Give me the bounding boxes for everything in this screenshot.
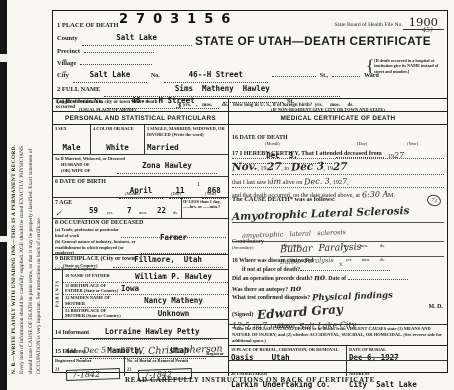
signed-row: (Signed) Edward Gray M. D. — [229, 302, 447, 314]
undertaker-address-cell: ADDRESS City Salt Lake — [347, 361, 447, 376]
burial-date-cell: DATE OF BURIAL Dec 6, 1927 — [347, 346, 447, 361]
spouse-label-2: HUSBAND OF — [61, 162, 90, 168]
parents-section: PARENTS 10 NAME OF FATHER William P. Haw… — [53, 270, 228, 320]
registration-stamp-number: 2703156 — [119, 12, 238, 27]
age-days: 22 — [157, 206, 166, 215]
dob-year-sublabel: (Year) — [205, 191, 216, 197]
father-birthplace-label: 11 BIRTHPLACE OF FATHER (State or Countr… — [65, 283, 121, 294]
dod-day-sublabel: (Day) — [357, 141, 367, 147]
certify-line-1: 17 I HEREBY CERTIFY, That I attended dec… — [232, 150, 382, 157]
test-label: What test confirmed diagnosis? — [232, 295, 310, 301]
occupation-a-label: (a) Trade, profession or particular kind… — [55, 227, 121, 238]
death-certificate-scan: N. B.—WRITE PLAINLY WITH UNFADING INK—TH… — [0, 0, 454, 390]
spouse-label-1: 5a If Married, Widowed, or Divorced — [55, 156, 125, 162]
birthplace-value: Fillmore, Utah — [134, 255, 202, 264]
mother-name-value: Nancy Matheny — [121, 296, 226, 305]
dob-label: 6 DATE OF BIRTH — [55, 179, 106, 185]
us-length-label: How long in U. S., if of foreign birth? — [233, 103, 312, 108]
age-years: 59 — [89, 206, 98, 215]
dod-month-sublabel: (Month) — [265, 141, 280, 147]
age-months: 7 — [127, 206, 132, 215]
disease-contracted-row: 18 Where was disease contracted if not a… — [229, 257, 447, 271]
residence-length-band: Length of residence in city or town wher… — [53, 98, 447, 111]
filed-row: 15 Filed Dec 5 1927 W. Christopherson Re… — [53, 339, 228, 357]
dob-day-sublabel: (Day) — [171, 191, 181, 197]
attended-to: Dec 3 — [290, 160, 324, 173]
sign-date-row: 12-5, 1927 (Address) Salt Lake City — [229, 314, 447, 324]
age-months-unit: mos. — [139, 210, 147, 216]
test-row: What test confirmed diagnosis? Physical … — [229, 291, 447, 302]
age-checkmark: ✓ — [55, 209, 62, 218]
last-saw-date: Dec. 3 — [304, 177, 330, 187]
contributory-handwritten-1: Bulbar Paralysis — [280, 242, 362, 256]
parents-vertical-label: PARENTS — [53, 270, 63, 319]
filed-year-prefix: 19 — [114, 349, 120, 355]
street-filler — [272, 70, 316, 77]
operation-date-field — [348, 273, 408, 280]
ward-note-text: [If death occurred in a hospital or inst… — [374, 58, 440, 74]
st-filler — [332, 70, 360, 77]
margin-line-4: OCCUPATION is very important. See instru… — [35, 8, 43, 374]
sign-year-prefix: , 192 — [250, 324, 262, 330]
attended-from: Nov. — [232, 161, 258, 174]
length-of-residence: Length of residence in city or town wher… — [53, 99, 229, 111]
contributory-block: Contributory (Secondary) Bulbar Paralysi… — [229, 237, 447, 257]
last-saw-him: im — [271, 177, 281, 186]
cause-label: The CAUSE DEATH* was as follows: — [232, 196, 444, 203]
certify-printed-1: , 19 — [257, 165, 266, 172]
cause-of-death-block: The CAUSE DEATH* was as follows: 73 Amyo… — [229, 195, 447, 237]
registrar-label: Registrar — [206, 351, 224, 357]
informant-value: Lorraine Hawley Petty — [105, 327, 200, 336]
ward-note: { [If death occurred in a hospital or in… — [366, 56, 446, 76]
margin-line-3: should state CAUSE OF DEATH in plain ter… — [27, 8, 35, 374]
brace-glyph: { — [366, 56, 374, 76]
autopsy-row: Was there an autopsy? no — [229, 282, 447, 291]
sign-date: 12-5 — [232, 321, 250, 331]
attended-to-year: 27 — [333, 161, 348, 174]
read-carefully-footer: READ CAREFULLY INSTRUCTIONS ON BACK OF C… — [52, 376, 448, 384]
mother-birthplace-row: 13 BIRTHPLACE OF MOTHER (State or Countr… — [63, 308, 228, 319]
attended-from-year: 27 — [266, 161, 281, 174]
race-label: 4 COLOR OR RACE — [93, 126, 142, 132]
us-length-units: yrs. mos. ds. — [315, 103, 354, 108]
mother-birthplace-label: 13 BIRTHPLACE OF MOTHER (State or Countr… — [65, 308, 121, 319]
md-label: M. D. — [429, 304, 444, 310]
filed-label: 15 Filed — [55, 349, 76, 355]
dob-month-sublabel: (Month) — [125, 191, 140, 197]
marital-value: Married — [147, 143, 226, 153]
q18-mark: x — [339, 260, 343, 268]
sex-label: 3 SEX — [55, 126, 88, 132]
father-name-value: William P. Hawley — [121, 272, 226, 281]
sign-address-label: (Address) — [271, 324, 295, 330]
registered-number-marker: 21 — [55, 366, 60, 371]
last-saw-printed-c: , 192 — [330, 179, 342, 186]
mother-birthplace-value: Unknown — [121, 309, 226, 318]
age-less-note: IF LESS than 1 day, ......hrs. or ......… — [181, 198, 228, 219]
last-saw-printed-a: that I last saw h — [232, 179, 271, 186]
certify-printed-2: , to — [281, 165, 289, 172]
edge-gap — [0, 236, 7, 242]
occupation-label: 8 OCCUPATION OF DECEASED — [55, 220, 226, 226]
length-label: Length of residence in city or town wher… — [56, 100, 175, 110]
operation-row: Did an operation precede death? no. Date… — [229, 271, 447, 282]
informant-field: Lorraine Hawley Petty — [93, 321, 211, 340]
occupation-a-field: Farmer — [121, 227, 226, 238]
parents-label-text: PARENTS — [55, 271, 60, 317]
marital-label: 5 SINGLE, MARRIED, WIDOWED, OR DIVORCED … — [147, 126, 226, 137]
birthplace-sublabel: (State or Country) — [63, 263, 98, 269]
sex-race-marital-row: 3 SEX Male 4 COLOR OR RACE White 5 SINGL… — [53, 125, 228, 155]
length-units: yrs. , mos. ds. — [183, 103, 228, 108]
birthplace-field: Fillmore, Utah — [113, 249, 223, 268]
margin-line-2: Every item of information should be care… — [18, 8, 26, 374]
spouse-label-3: (OR) WIFE OF — [61, 168, 90, 174]
dob-year-prefix: 1 — [197, 182, 200, 188]
medical-column: 16 DATE OF DEATH Dec 3, 1927 (Month) (Da… — [229, 125, 447, 376]
cause-handwritten-1: Amyotrophic Lateral Sclerosis — [232, 205, 410, 223]
spouse-field: Zona Hawley — [117, 155, 217, 174]
filed-date: Dec 5 — [83, 346, 107, 356]
date-of-death-row: 16 DATE OF DEATH Dec 3, 1927 (Month) (Da… — [229, 125, 447, 149]
age-label: 7 AGE — [55, 200, 72, 206]
sign-year: 7 — [261, 321, 266, 330]
number-boxes-row: Registered Number 217-1842 No. of Burial… — [53, 357, 228, 376]
last-saw-printed-b: alive on — [283, 179, 303, 186]
birthplace-row: 9 BIRTHPLACE (City or town) (State or Co… — [53, 255, 228, 270]
certify-paragraph: 17 I HEREBY CERTIFY, That I attended dec… — [229, 149, 447, 195]
mother-name-label: 12 MAIDEN NAME OF MOTHER — [65, 295, 121, 306]
left-margin-instructions: N. B.—WRITE PLAINLY WITH UNFADING INK—TH… — [10, 8, 50, 374]
contributory-label: Contributory — [232, 238, 280, 245]
race-value: White — [93, 143, 142, 153]
certificate-form: 1 PLACE OF DEATH 2703156 State Board of … — [52, 10, 448, 373]
personal-column: 3 SEX Male 4 COLOR OR RACE White 5 SINGL… — [53, 125, 229, 376]
us-length: How long in U. S., if of foreign birth? … — [229, 103, 447, 108]
burial-place-label: 19 PLACE OF BURIAL, CREMATION, OR REMOVA… — [231, 347, 344, 353]
burial-permit-marker: 22 — [127, 366, 132, 371]
file-number-annotation: 45) — [422, 26, 433, 34]
age-row: 7 AGE ✓ 59 yrs. 7 mos. 22 ds. IF LESS th… — [53, 198, 228, 220]
operation-answer: no — [314, 272, 325, 282]
filed-year: 27 — [119, 346, 129, 355]
certificate-title: STATE OF UTAH—DEATH CERTIFICATE — [179, 34, 447, 48]
occupation-a-value: Farmer — [160, 233, 187, 242]
contributory-sublabel: (Secondary) — [232, 245, 280, 251]
form-header: 1 PLACE OF DEATH 2703156 State Board of … — [53, 11, 447, 112]
father-birthplace-value: Iowa — [121, 284, 226, 293]
age-days-unit: ds. — [173, 210, 178, 216]
father-birthplace-row: 11 BIRTHPLACE OF FATHER (State or Countr… — [63, 283, 228, 295]
informant-label: 14 Informant — [55, 330, 89, 336]
length-value: 3 — [176, 100, 182, 110]
certify-printed-3: , 19 — [324, 165, 333, 172]
last-saw-printed-d: , — [347, 179, 349, 186]
margin-line-1: N. B.—WRITE PLAINLY WITH UNFADING INK—TH… — [10, 8, 18, 374]
burial-table: 19 PLACE OF BURIAL, CREMATION, OR REMOVA… — [229, 345, 447, 376]
dod-year-sublabel: (Year) — [407, 141, 418, 147]
mother-name-row: 12 MAIDEN NAME OF MOTHER Nancy Matheny — [63, 295, 228, 307]
spouse-value: Zona Hawley — [142, 161, 192, 170]
file-number-label: State Board of Health File No. — [334, 22, 402, 28]
undertaker-cell: 20 UNDERTAKER Larkin Undertaking Co. — [229, 361, 346, 376]
age-years-unit: yrs. — [107, 210, 113, 216]
sex-value: Male — [55, 143, 88, 153]
burial-place-cell: 19 PLACE OF BURIAL, CREMATION, OR REMOVA… — [229, 346, 346, 361]
spouse-row: 5a If Married, Widowed, or Divorced HUSB… — [53, 155, 228, 177]
father-name-label: 10 NAME OF FATHER — [65, 273, 121, 279]
father-name-row: 10 NAME OF FATHER William P. Hawley — [63, 270, 228, 282]
last-saw-year: 7 — [342, 177, 347, 186]
edge-gap — [0, 54, 7, 62]
date-of-birth-row: 6 DATE OF BIRTH April 11 1 868 (Month) (… — [53, 177, 228, 198]
q18-field — [300, 264, 390, 271]
informant-row: 14 Informant Lorraine Hawley Petty Addre… — [53, 320, 228, 339]
